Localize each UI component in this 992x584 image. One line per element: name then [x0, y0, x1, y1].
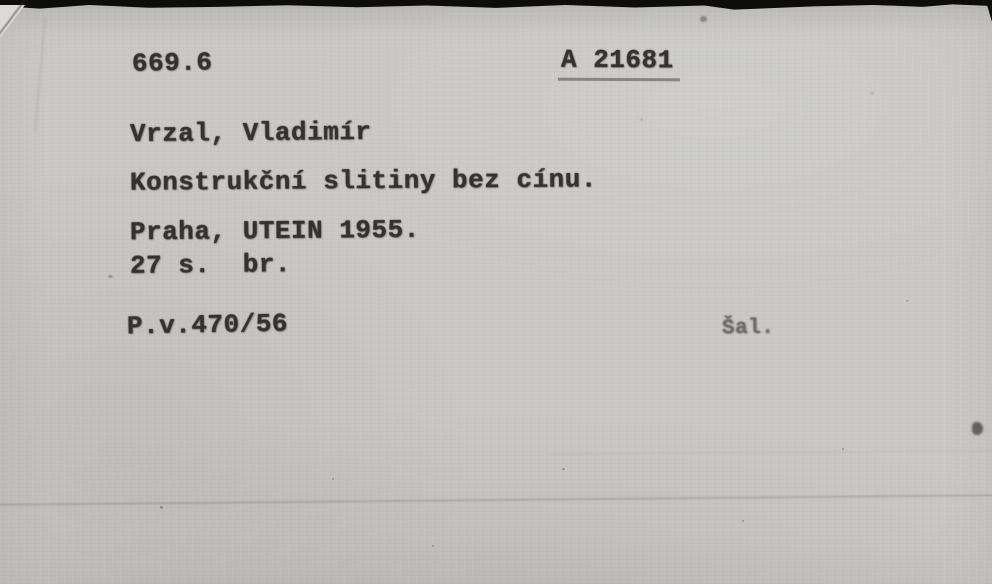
catalog-card-scan: 669.6 A 21681 Vrzal, Vladimír Konstrukčn… [0, 0, 992, 584]
paper-crease-left [34, 18, 46, 133]
cataloger-initials: Šal. [722, 318, 775, 341]
paper-speck [842, 448, 844, 450]
call-number: A 21681 [558, 47, 680, 82]
collation-line: 27 s. br. [130, 251, 291, 280]
paper-speck [906, 300, 909, 302]
scan-top-edge [0, 0, 992, 11]
paper-speck [332, 478, 334, 480]
paper-speck [432, 545, 434, 547]
imprint-line: Praha, UTEIN 1955. [130, 217, 420, 247]
accession-number: P.v.470/56 [127, 311, 288, 341]
paper-speck [742, 520, 744, 522]
title-line: Konstrukční slitiny bez cínu. [130, 166, 597, 197]
ink-speck [700, 16, 707, 22]
author-line: Vrzal, Vladimír [130, 119, 372, 148]
classification-number: 669.6 [132, 49, 213, 78]
ink-speck [972, 422, 983, 435]
ink-speck [108, 275, 113, 278]
paper-crease-faint [546, 450, 992, 454]
dog-ear-fold [0, 5, 25, 38]
paper-crease [0, 494, 992, 506]
paper-speck [562, 468, 565, 470]
paper-speck [160, 506, 163, 509]
paper-speck [640, 118, 643, 121]
paper-speck [870, 92, 874, 95]
